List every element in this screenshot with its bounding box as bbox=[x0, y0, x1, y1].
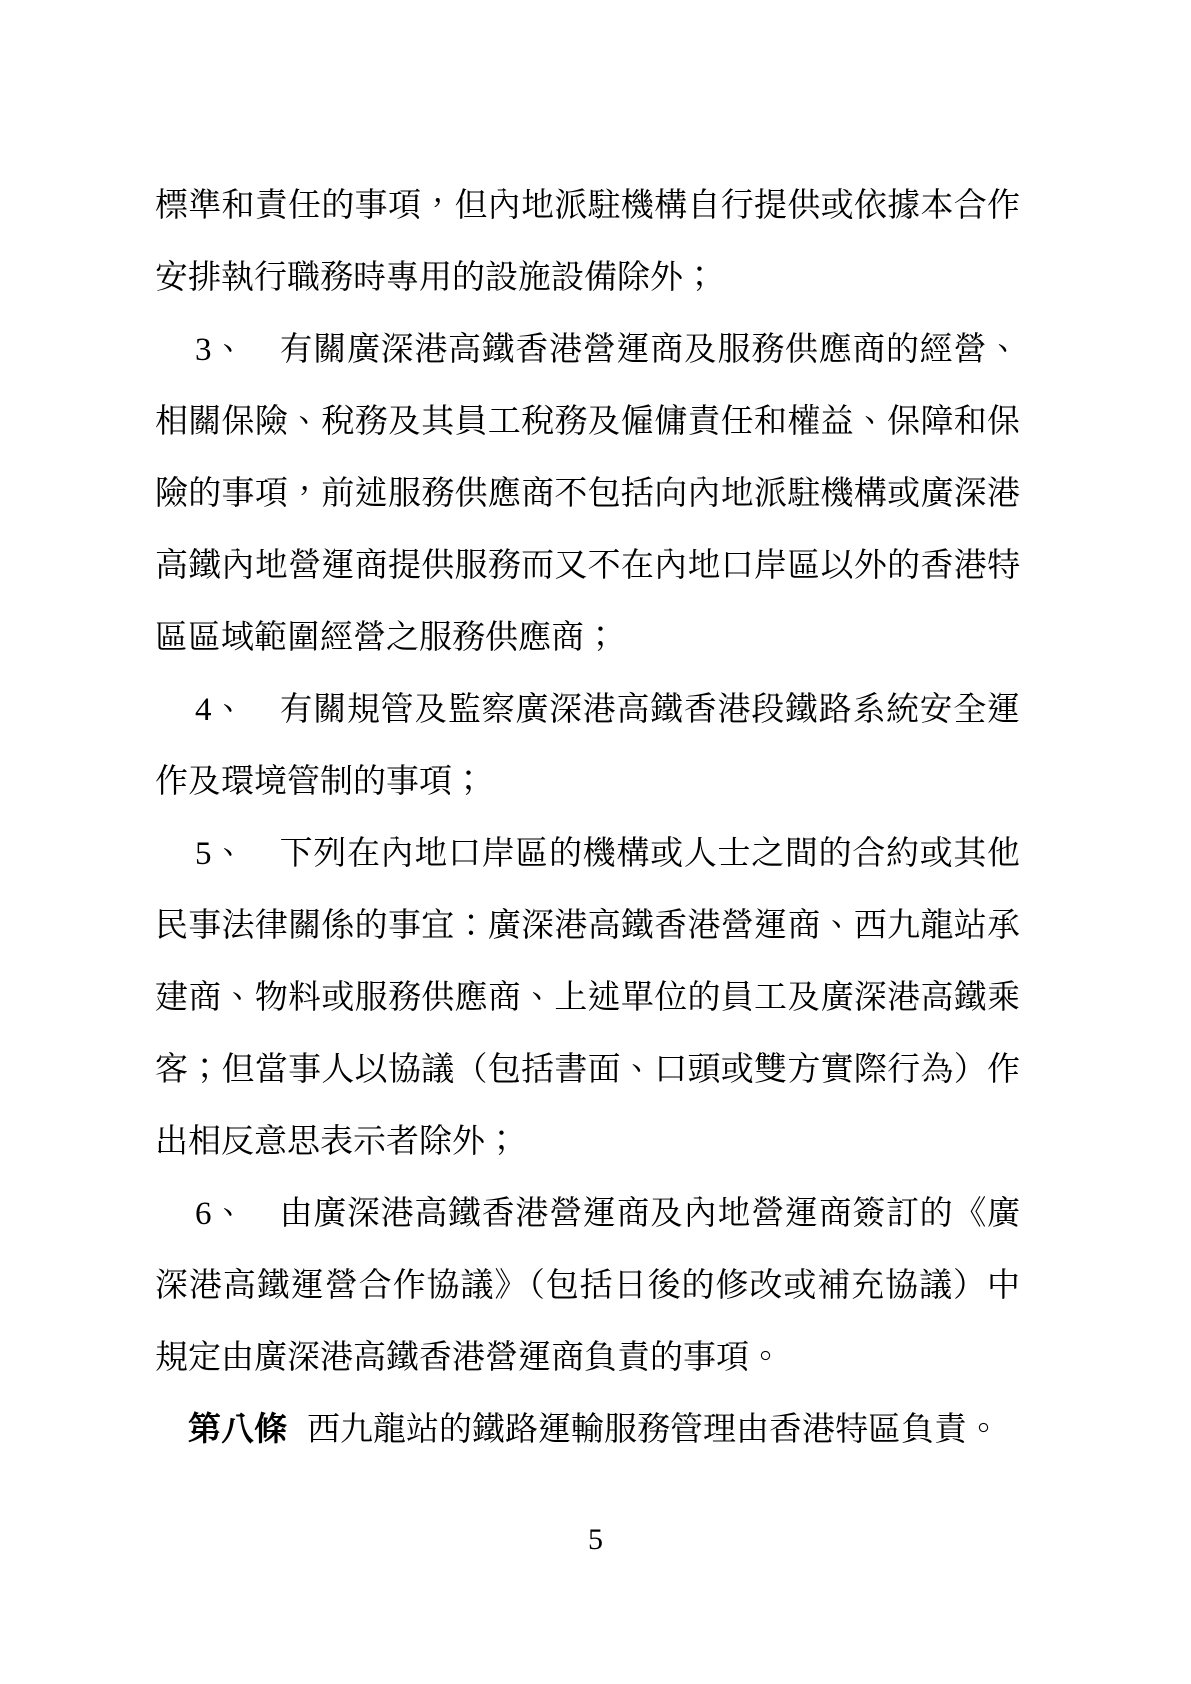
document-page: 標準和責任的事項，但內地派駐機構自行提供或依據本合作安排執行職務時專用的設施設備… bbox=[0, 0, 1191, 1684]
list-item-3: 3、 有關廣深港高鐵香港營運商及服務供應商的經營、相關保險、稅務及其員工稅務及僱… bbox=[155, 314, 1020, 674]
list-item-5: 5、 下列在內地口岸區的機構或人士之間的合約或其他民事法律關係的事宜：廣深港高鐵… bbox=[155, 818, 1020, 1178]
list-item-4: 4、 有關規管及監察廣深港高鐵香港段鐵路系統安全運作及環境管制的事項； bbox=[155, 674, 1020, 818]
article-8-text: 西九龍站的鐵路運輸服務管理由香港特區負責。 bbox=[307, 1412, 1000, 1448]
paragraph-continuation: 標準和責任的事項，但內地派駐機構自行提供或依據本合作安排執行職務時專用的設施設備… bbox=[155, 170, 1020, 314]
page-number: 5 bbox=[0, 1522, 1191, 1558]
article-8-marker: 第八條 bbox=[188, 1412, 287, 1448]
document-body: 標準和責任的事項，但內地派駐機構自行提供或依據本合作安排執行職務時專用的設施設備… bbox=[155, 170, 1020, 1466]
list-item-6: 6、 由廣深港高鐵香港營運商及內地營運商簽訂的《廣深港高鐵運營合作協議》（包括日… bbox=[155, 1178, 1020, 1394]
article-8-paragraph: 第八條西九龍站的鐵路運輸服務管理由香港特區負責。 bbox=[155, 1394, 1020, 1466]
